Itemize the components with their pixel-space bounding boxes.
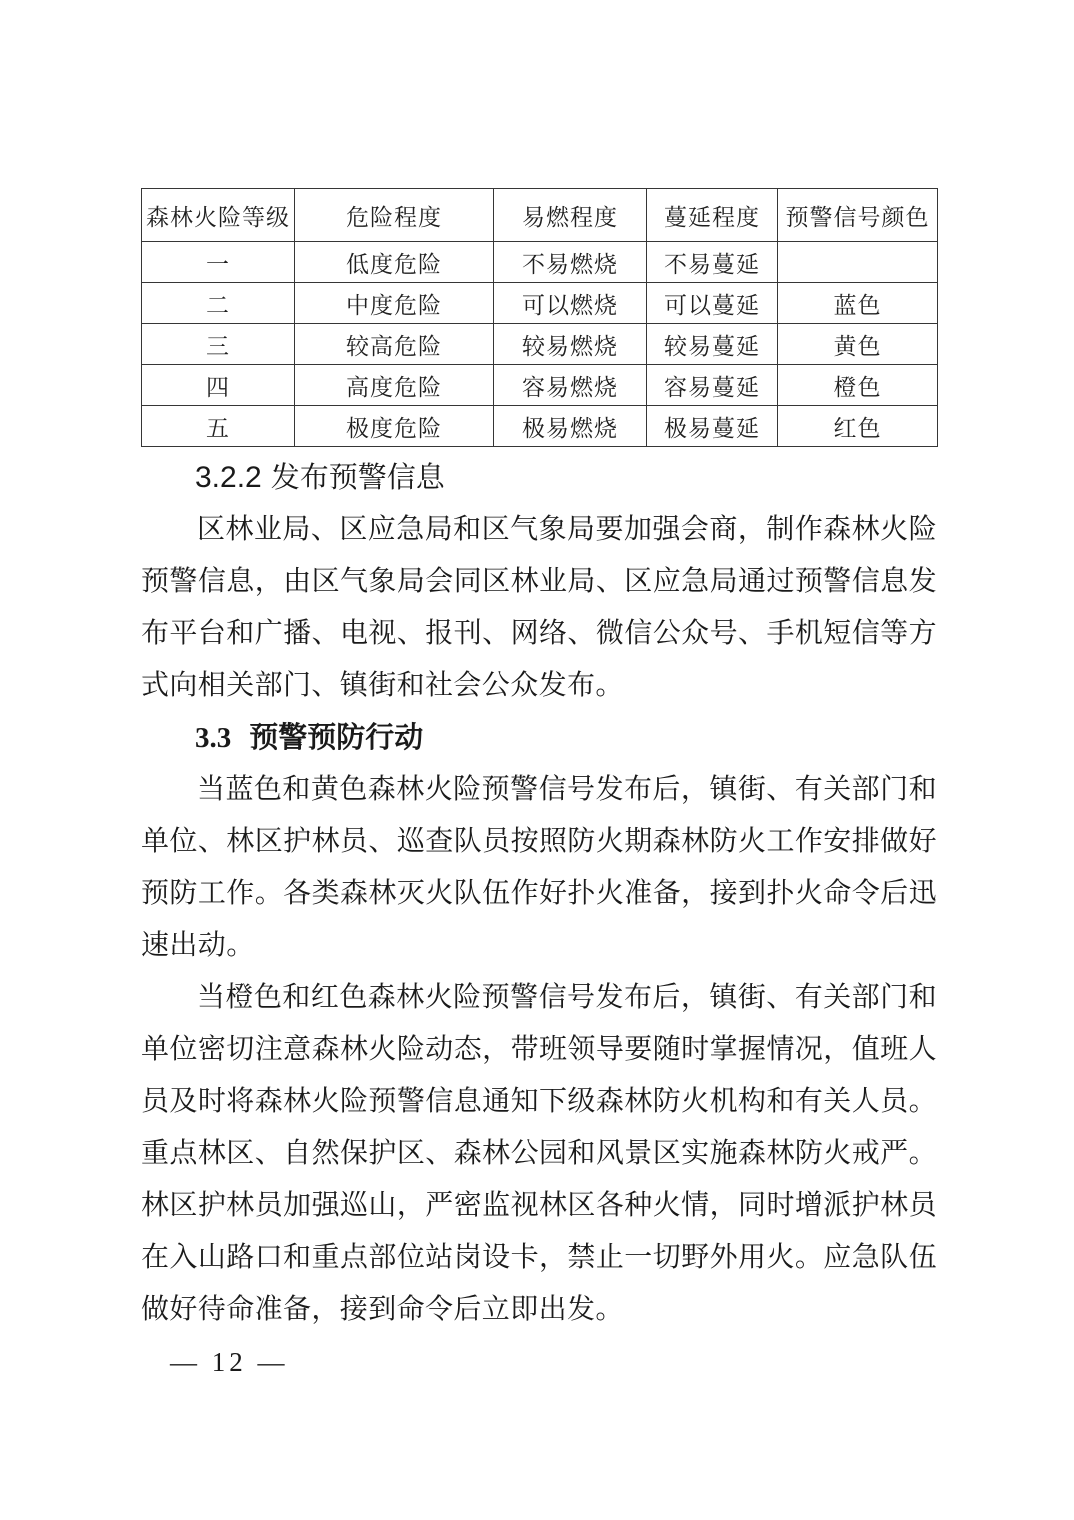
table-cell: 极度危险 (295, 406, 494, 447)
table-cell: 三 (142, 324, 295, 365)
table-header-cell: 蔓延程度 (647, 189, 778, 242)
text-block: 森林火险等级 危险程度 易燃程度 蔓延程度 预警信号颜色 一 低度危险 不易燃烧… (141, 188, 937, 1336)
table-row: 三 较高危险 较易燃烧 较易蔓延 黄色 (142, 324, 938, 365)
table-cell: 橙色 (778, 365, 938, 406)
table-cell (778, 242, 938, 283)
document-page: 森林火险等级 危险程度 易燃程度 蔓延程度 预警信号颜色 一 低度危险 不易燃烧… (0, 0, 1074, 1520)
table-cell: 五 (142, 406, 295, 447)
heading-number: 3.3 (195, 722, 231, 754)
table-cell: 高度危险 (295, 365, 494, 406)
table-cell: 四 (142, 365, 295, 406)
table-cell: 低度危险 (295, 242, 494, 283)
paragraph-orange-red-warning: 当橙色和红色森林火险预警信号发布后，镇街、有关部门和单位密切注意森林火险动态，带… (141, 972, 937, 1336)
table-cell: 可以蔓延 (647, 283, 778, 324)
table-cell: 较高危险 (295, 324, 494, 365)
table-cell: 容易蔓延 (647, 365, 778, 406)
table-cell: 二 (142, 283, 295, 324)
table-header-cell: 易燃程度 (494, 189, 647, 242)
table-cell: 一 (142, 242, 295, 283)
heading-title: 发布预警信息 (271, 462, 445, 494)
table-cell: 极易燃烧 (494, 406, 647, 447)
table-row: 二 中度危险 可以燃烧 可以蔓延 蓝色 (142, 283, 938, 324)
section-heading-3-3: 3.3预警预防行动 (141, 712, 937, 764)
paragraph-warning-release: 区林业局、区应急局和区气象局要加强会商，制作森林火险预警信息，由区气象局会同区林… (141, 504, 937, 712)
table-cell: 较易燃烧 (494, 324, 647, 365)
table-cell: 可以燃烧 (494, 283, 647, 324)
table-cell: 红色 (778, 406, 938, 447)
table-row: 五 极度危险 极易燃烧 极易蔓延 红色 (142, 406, 938, 447)
table-cell: 较易蔓延 (647, 324, 778, 365)
table-row: 四 高度危险 容易燃烧 容易蔓延 橙色 (142, 365, 938, 406)
fire-risk-level-table: 森林火险等级 危险程度 易燃程度 蔓延程度 预警信号颜色 一 低度危险 不易燃烧… (141, 188, 938, 447)
table-header-cell: 预警信号颜色 (778, 189, 938, 242)
table-cell: 黄色 (778, 324, 938, 365)
table-header-cell: 危险程度 (295, 189, 494, 242)
section-heading-3-2-2: 3.2.2发布预警信息 (141, 452, 937, 504)
page-number: — 12 — (170, 1346, 289, 1378)
heading-number: 3.2.2 (195, 461, 262, 494)
table-row: 一 低度危险 不易燃烧 不易蔓延 (142, 242, 938, 283)
table-header-cell: 森林火险等级 (142, 189, 295, 242)
table-cell: 中度危险 (295, 283, 494, 324)
table-header-row: 森林火险等级 危险程度 易燃程度 蔓延程度 预警信号颜色 (142, 189, 938, 242)
heading-title: 预警预防行动 (249, 722, 423, 754)
table-cell: 不易蔓延 (647, 242, 778, 283)
table-cell: 蓝色 (778, 283, 938, 324)
table-cell: 容易燃烧 (494, 365, 647, 406)
table-cell: 不易燃烧 (494, 242, 647, 283)
table-cell: 极易蔓延 (647, 406, 778, 447)
paragraph-blue-yellow-warning: 当蓝色和黄色森林火险预警信号发布后，镇街、有关部门和单位、林区护林员、巡查队员按… (141, 764, 937, 972)
